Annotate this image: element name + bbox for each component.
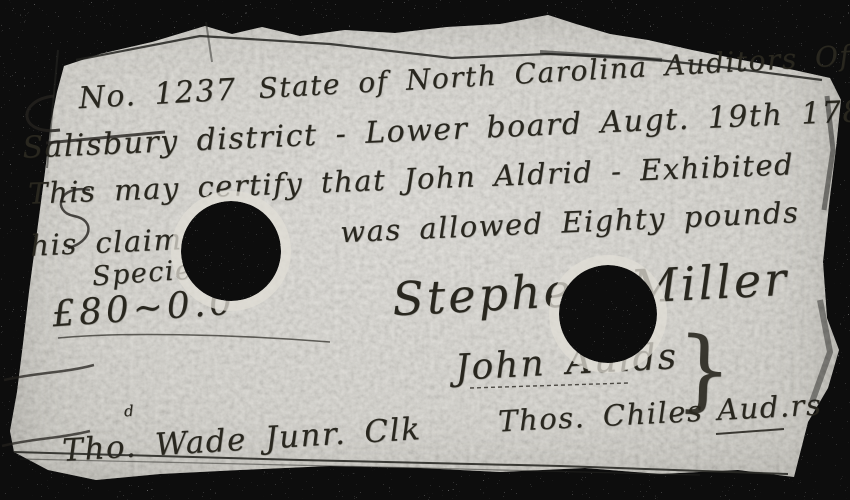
auditors-abbreviation: Aud.rs (716, 388, 823, 427)
clerk-superscript-mark: d (123, 402, 135, 421)
claim-text-right: was allowed Eighty pounds (339, 195, 800, 249)
amount-value: £80~0.0 (51, 282, 238, 336)
hole-gap (182, 215, 341, 256)
signature-thos-chiles-row: Thos. Chiles Aud.rs (497, 388, 823, 439)
office-heading: State of North Carolina Auditors Office (258, 36, 850, 105)
scanned-document: No. 1237 State of North Carolina Auditor… (0, 0, 850, 500)
handwritten-text-layer: No. 1237 State of North Carolina Auditor… (0, 0, 850, 500)
signature-john-aulds: John Aulds (454, 336, 679, 389)
signature-stephen-miller: Stephen Miller (391, 252, 791, 327)
signature-thos-chiles: Thos. Chiles (497, 394, 704, 439)
ref-number: No. 1237 (78, 72, 238, 116)
clerk-signature: Tho. Wade Junr. Clk (61, 411, 422, 469)
